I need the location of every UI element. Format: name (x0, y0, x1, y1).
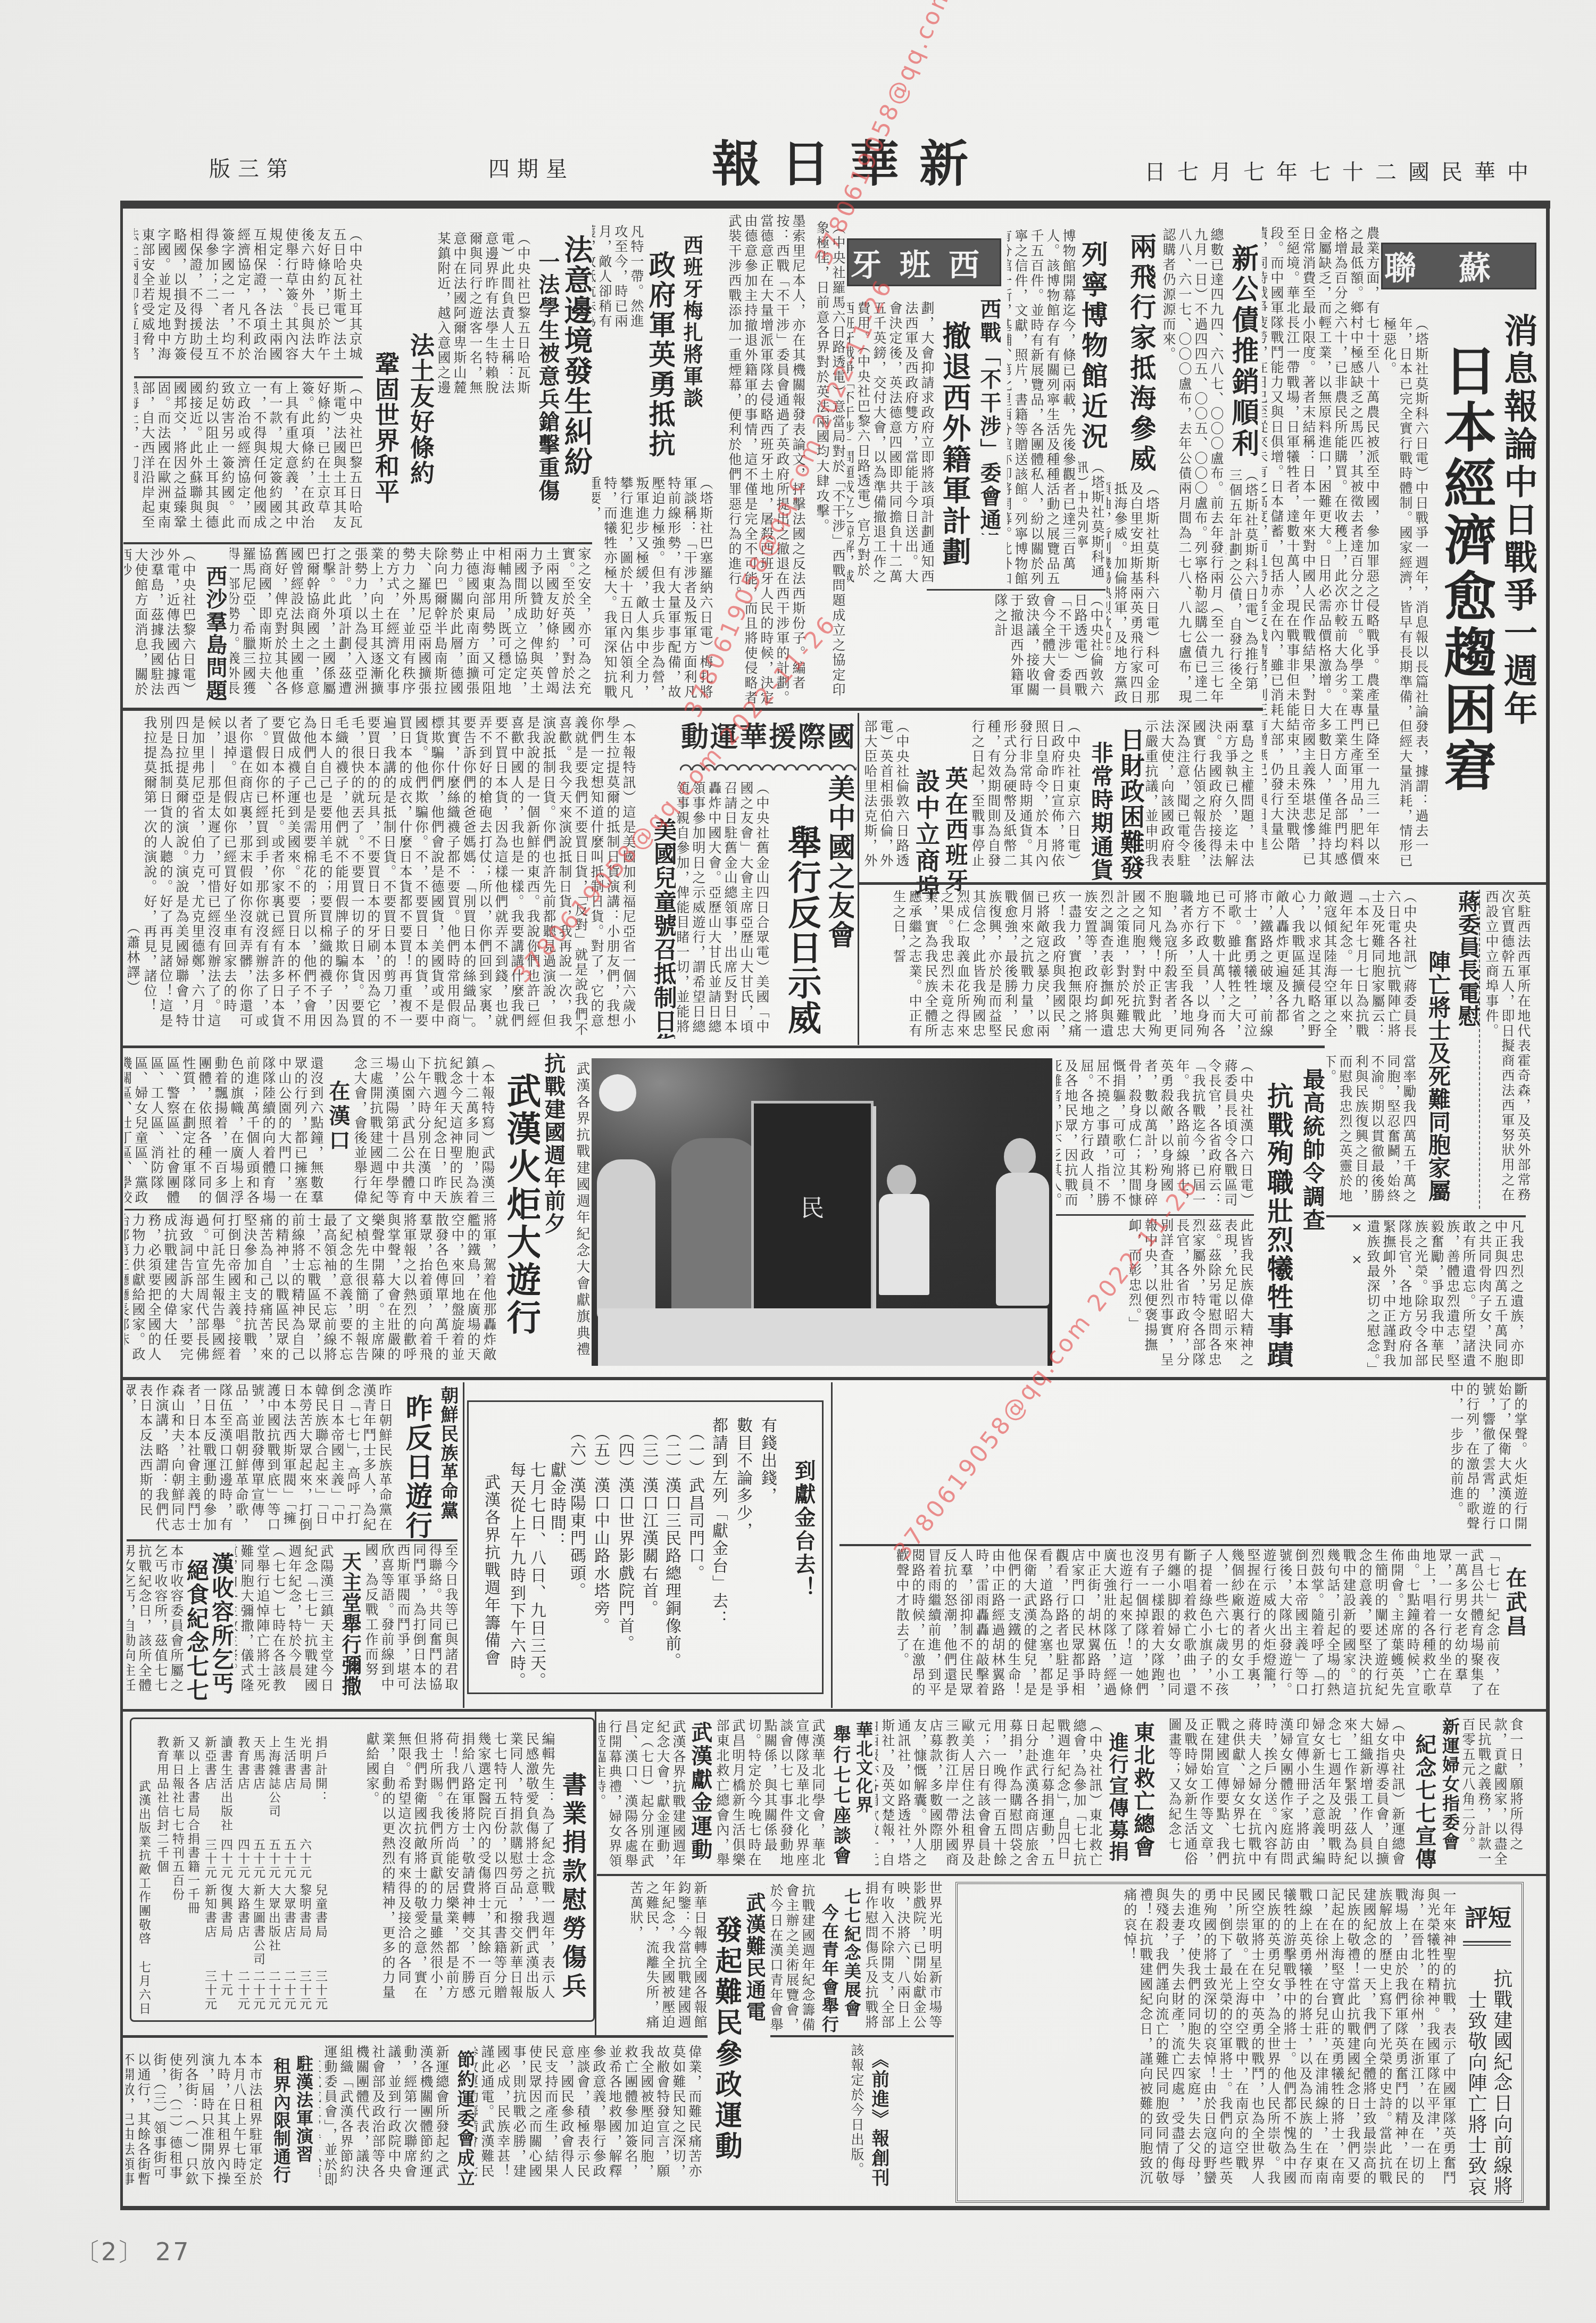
headline: 武漢獻金運動 (687, 1721, 712, 1868)
article-body: 武漢各界抗戰建國週年紀念大會，獻金運動，定（七日）起分別在武昌、漢口、漢陽各處舉… (598, 1720, 686, 1870)
headline: 駐漢法軍演習 (294, 2055, 313, 2167)
donor-name: 兒童書局 (312, 1884, 328, 1969)
headline-sub: 舉行七七座談會 (828, 1725, 850, 1869)
donor-amount: 五十元 (250, 1838, 265, 1883)
headline: 美中國之友會 (822, 774, 854, 952)
subheadline: 在漢口 (326, 1080, 350, 1155)
headline-main: 舉行反日示威 (771, 825, 820, 1038)
headline: 華北文化界 (850, 1721, 872, 1817)
headline: 英在西班牙 (941, 766, 967, 899)
donor-amount: 二十元 (265, 1970, 281, 2014)
article-body: （中央社舊金山四日合眾電）美國「中國之友會」大會主席亞歷山大甘氏，頃召請日駐舊金… (677, 781, 770, 1043)
donor-name: 新亞書店 (201, 1736, 217, 1837)
column-rule (839, 1544, 1531, 1546)
article-body: （中央社訊）新運總會婦女指導委員會，自擴大組織新增工作人員以來，工作緊張，茲為紀… (1169, 1718, 1406, 1872)
article-body: （中央社漢口六日電）蔣委員長頃令各戰區司令長官，各省政府云：「我抗戰迄今，已屆一… (1056, 1059, 1254, 1211)
article-body: （塔斯社巴塞羅納六日電）梅扎將軍談稱：「干涉者及叛軍方面利凡特前線形勢，有大量軍… (592, 476, 713, 706)
headline-main: 昨反日遊行 (396, 1394, 431, 1543)
article-body: 新運總會所發起之武漢各機關團體節約運動，經第一次聯席會議，並到行政院中央社會部及… (319, 2045, 450, 2191)
platform-item-3: （三）漢口江漢關右首。 (637, 1424, 658, 1690)
photo-caption: 武漢各界抗戰建國週年紀念大會獻旗典禮 (572, 1061, 590, 1359)
article-body: （本報特訊）這是美國加利福尼亞省一個六歲小學生拉提莫爾的抵制日貨演講：小朋友們，… (139, 716, 636, 1042)
page-border-bottom (120, 2206, 1550, 2210)
donor-amount: 二十元 (280, 1970, 296, 2014)
headline: 武漢難民通電 (743, 1892, 765, 2028)
notice-line: 都請到左列「獻金台」去： (706, 1417, 728, 1683)
donation-hours: 每天從上午九時到下午六時。 (504, 1462, 526, 1691)
article-body: 凡特一帶。然進攻至今，時已兩月，敵人卻稍有獲，故抵抗殊為英勇。」 (592, 225, 644, 343)
column-rule (124, 1209, 497, 1210)
headline: 法土友好條約 (400, 333, 434, 487)
article-continuation: 世界光明明星新市場等影戲院，已開始獻金公映，決將六、八兩日上有收入不除開支，全部… (863, 1881, 943, 2032)
headline-main: 日本經濟愈趨困窘 (1431, 343, 1495, 801)
headline: 消息報論中日戰爭一週年 (1498, 313, 1536, 733)
donor-amount: 二十元 (234, 1970, 250, 2014)
newspaper-page: 第三版 星期四 新華日報 中華民國二十七年七月七日 蘇聯 消息報論中日戰爭一週年… (0, 0, 1596, 2323)
article-body: （本報特寫）武陽漢三鎮十二萬多同胞，為着紀念今天這神聖的民族抗戰週年紀念日，昨天… (351, 1056, 495, 1207)
photo-banner: 民 (751, 1101, 874, 1311)
article-body: 當率勵我四萬五千萬之同胞，堅忍奮鬭，始終不渝。期以貫徹最後勝利與民族復興之目的，… (1326, 1055, 1417, 1211)
donor-name: 大眾書店 (280, 1884, 296, 1969)
donor-amount: 六十元 (296, 1838, 312, 1883)
article-body: 武陽漢三鎮天主堂今日紀念「七七」抗戰建國週年紀念，特於今晨（七七）七時在各該教堂… (235, 1544, 334, 1706)
headline: 《前進》報創刊 (866, 2050, 888, 2188)
news-photo: 民 (592, 1058, 1052, 1366)
donor-name: 大路書店 (234, 1884, 250, 1969)
platform-item-2: （二）漢口三民路總理銅像前。 (660, 1424, 681, 1690)
commentary-label-underline (1463, 1945, 1511, 1946)
photo-table-cloth (598, 1308, 1048, 1366)
watermark: 3780619058@qq.com 2022-11-26 (810, 0, 1029, 269)
headline: 新運婦女指委會 (1439, 1718, 1459, 1854)
article-body: （塔斯社莫斯科六日電）中日戰爭一週年，消息報以長篇社論發表，據謂：過去一年，日本… (1383, 317, 1429, 880)
article-dateline: （塔斯社莫斯科通訊）中央列寧 (1078, 460, 1105, 588)
headline-main: 武漢火炬大遊行 (497, 1073, 540, 1339)
headline: 抗戰建國週年前夕 (538, 1052, 565, 1236)
row-rule (121, 1046, 1325, 1048)
donor-amount: 三十元 (296, 1970, 312, 2014)
article-body: 將軍，駕着他那轟炸敵艦的鐵鳥，在廣場的天空中，來回地盤旋着並散發各色傳單，萬千的… (124, 1213, 497, 1373)
donor-name: 新生圖書公司 (250, 1884, 265, 1969)
section-label-spain: 西班牙 (847, 238, 1001, 286)
article-body: （中央社巴黎五日哈瓦斯電）法國與土耳其友好條約，已在土京草簽。此項條約，在政治上… (134, 381, 363, 538)
column-rule (123, 542, 592, 544)
banner-character: 民 (801, 1189, 824, 1223)
column-rule-vertical (595, 1711, 596, 2035)
headline: 最高統帥令調查 (1294, 1068, 1325, 1234)
platform-item-5: （五）漢口中山路水塔旁。 (588, 1424, 610, 1690)
headline-sub: 非常時期通貨 (1083, 741, 1113, 883)
scan-page-label: 〔2〕 27 (74, 2233, 190, 2268)
photo-person-left (597, 1159, 655, 1319)
article-body: 農業方面，有七十至八十萬農民被派至中國，參加罪惡之侵略戰爭。農產量已降至一九三一… (1262, 226, 1380, 881)
headline-main: 抗戰殉職壯烈犧牲事蹟 (1260, 1082, 1293, 1372)
headline-sub: 今在青年會舉行 (817, 1904, 838, 2037)
headline: 蔣委員長電慰 (1453, 890, 1480, 1030)
letter-title: 書業捐款慰勞傷兵 (559, 1772, 586, 2011)
headline-sub: 陣亡將士及死難同胞家屬 (1419, 950, 1450, 1208)
headline-sub: 進行宣傳募捐 (1104, 1732, 1128, 1865)
donor-name: 復興書局 (217, 1884, 233, 1969)
headline: 漢收容所乞丐 (208, 1552, 234, 1698)
article-continuation: 食一日，願將所得之款，貢獻國家，以盡全民抗戰之義務，計款一百零五元八角二分。 (1462, 1718, 1524, 1872)
platform-item-1: （一）武昌司門口。 (683, 1424, 704, 1690)
notice-signature: 武漢各界抗戰週年籌備會 (479, 1474, 500, 1687)
donor-amount: 五十元 (280, 1838, 296, 1883)
column-rule (770, 2035, 954, 2037)
article-body: （塔斯社莫斯科六日電）科可金那及白里安坦斯基兩英勇飛行家四日抵海參威。加倫將軍，… (1107, 482, 1160, 705)
headline: 天主堂舉行彌撒 (336, 1551, 361, 1703)
photo-person-dark (671, 1138, 762, 1319)
donor-name: 天馬書店 (250, 1736, 265, 1837)
article-body: （中央社東京六日電）日政府昨日宣佈，將依照日皇命令，於本月內發行非常時期通貨。其… (969, 719, 1081, 880)
article-body: 「七七」紀念前夜，在武昌公共體育場聚集了一萬多男女老幼的羣眾，一行一行的坐在草地… (841, 1548, 1500, 1707)
article-body: 家之安全，亦可為之充實。至於英國，對於法土兩國友好條約，曾竭力予以贊助，俾與英土… (230, 547, 592, 706)
weekday-label: 星期四 (484, 159, 575, 180)
article-body: 凡我忠烈之遺族，亦即中正與四萬五千萬同胞之共同骨肉子女，決不敢有所遺忘。所望諸遺… (1333, 1219, 1524, 1374)
article-body: 武漢華北同學會，華北宣傳隊及華北文化界座談會以七七事件發動地點關係，與其關係最切… (714, 1719, 826, 1870)
letter-date: 七月六日 (135, 1961, 151, 2019)
article-body: （塔斯社莫斯科六日電）為推行第三個五年計劃之公債，自發行後全國各處踴躍認購， (1226, 468, 1259, 706)
donor-amount: 三十元 (201, 1970, 217, 2014)
donor-name: 讀書生活出版社 (217, 1736, 233, 1837)
column-rule-vertical (463, 1382, 464, 1708)
article-body: （中央社巴黎五日哈瓦斯電）此間負責人士稱：法意邊界昨有法學生特賴脫爾與同行之遊客… (437, 231, 531, 403)
headline: 節約運委會成立 (453, 2050, 474, 2191)
section-label-soviet: 蘇聯 (1381, 243, 1536, 289)
article-body: 本市法租界駐軍定於本月八日上午七時至九時，在其租界內操演，屆時只准開放下列各街：… (126, 2053, 263, 2192)
headline: 東北救亡總會 (1129, 1721, 1154, 1861)
donor-name: 生活書店 (280, 1736, 296, 1837)
column-rule (127, 1539, 458, 1541)
headline: 七七紀念美展會 (838, 1888, 861, 2021)
donor-name: 新知書店 (201, 1884, 217, 1969)
photo-person-right-head (1004, 1138, 1036, 1175)
article-dateline: （中央社倫敦六日路透電）西戰「不干涉」委員會今全體大會一致決議，接收關于撤退西外… (928, 593, 1104, 706)
headline: 法意邊境發生糾紛 (560, 235, 592, 479)
donation-note: 新華日報社七七特刊五百份 (169, 1736, 185, 2012)
column-rule (120, 2035, 708, 2038)
letter-body: 編輯先生：為了紀念抗戰一週年，表示人民感激敬愛負傷將士之意，我們武漢出版業同人，… (330, 1732, 555, 2014)
article-body: （中央社倫敦六日路透電）英首相張伯倫，外部大臣哈里法克斯，外部次官巴特拉， (861, 719, 910, 880)
donation-hours-label: 獻金時間： (545, 1462, 566, 1690)
headline-sub: 一法學生被意兵鎗擊重傷 (533, 251, 559, 507)
photo-flagpole (872, 1106, 876, 1340)
edition-label: 第三版 (205, 159, 295, 180)
notice-line: 數目不論多少， (731, 1417, 752, 1683)
issue-date: 中華民國二十七年七月七日 (1136, 162, 1540, 183)
article-body: 偉業，而難民痛苦亦莫如難民知之深切，故敝會特發宣言，願我全國被壓迫同胞，救亡團體… (475, 2045, 702, 2191)
donation-note: 教育用品社信封二千個 (153, 1736, 169, 2012)
article-body: 新華日報轉全國各報館鈞鑒：今當抗戰建國週年紀念，我全國被壓迫之難民，流離失所，痛… (598, 1881, 708, 2032)
headline-sub: 鞏固世界和平 (365, 351, 399, 505)
donation-days: 七月七日、八日、九日三天。 (525, 1462, 546, 1691)
donor-name: 教育書店 (234, 1736, 250, 1837)
donor-name: 大眾出版社 (265, 1884, 281, 1969)
page-border-left (120, 208, 123, 2209)
article-body: 該報定於今日出版。 (771, 2043, 864, 2192)
article-body: （中央社訊）東北救亡總會，為參加「七七抗戰週年紀念」，自四日起，進行募捐運動，五… (875, 1719, 1103, 1870)
notice-line: 有錢出錢， (755, 1417, 777, 1683)
headline: 西班牙梅扎將軍談 (675, 235, 702, 411)
donor-name: 光明書局 (296, 1736, 312, 1837)
headline: 新公債推銷順利 (1227, 244, 1258, 463)
headline: 朝鮮民族革命黨 (432, 1386, 458, 1523)
headline-main: 紀念七七宣傳 (1407, 1733, 1436, 1873)
headline: 西戰「不干涉」委會通過 (975, 298, 1001, 535)
donor-amount: 二十元 (250, 1970, 265, 2014)
article-body: （中央社訊）蔣委員長六日電各地抗戰陣亡將士及死難同胞家屬云：「本年七月七日為抗戰… (864, 890, 1417, 1044)
headline: 日財政困難發 (1113, 727, 1144, 882)
translator-credit: （蕭林譯） (124, 920, 140, 1027)
article-continuation: 羣島之主權問題，中法兩方爭執已久，迄未解決。我國政府於接得法國實行佔領之報告後，… (1145, 719, 1254, 880)
headline-sub: 絕食紀念七七 (185, 1559, 209, 1705)
photo-child-head (887, 1165, 916, 1197)
notice-title: 到獻金台去！ (788, 1459, 815, 1619)
donor-amount: 四十元 (234, 1838, 250, 1883)
section-label-commentary: 短評 (1460, 1907, 1511, 1930)
article-body: 博物館開幕迄今，條已兩載，先後參觀者已達三百萬人。該博物館存有有關列寧生活及種種… (1007, 229, 1076, 586)
donor-name: 上海雜誌公司 (265, 1736, 281, 1837)
article-body: 本市收容委員會所屬之乞丐收容所，茲值七七抗戰紀念日，該所全體男女乞丐，自動向主任… (127, 1544, 184, 1706)
article-continuation: 至今日我等已與諸君取得聯絡。共同奮鬥的協同鬥爭，為打倒日本法西斯軍閥而鬥爭，堪可… (362, 1543, 459, 1706)
column-rule (927, 589, 1105, 591)
donation-note: 又以上各書局合捐書籍一千冊 (184, 1736, 200, 2012)
headline: 西沙羣島問題 (198, 565, 227, 703)
column-rule (134, 376, 363, 378)
column-rule-vertical (831, 1382, 833, 1708)
donor-name: 黎明書局 (296, 1884, 312, 1969)
commentary-title: 士致敬向陣亡將士致哀 (1464, 1990, 1486, 2200)
column-rule (859, 882, 1547, 885)
article-continuation: 英駐西法西軍所在地代表霍奇森，及英外部常務次官賈德幹五人，即日擬商西法西軍努狀用… (1482, 890, 1531, 1209)
donor-amount: 四十元 (217, 1838, 233, 1883)
article-body: 抗戰建國週年紀念籌備會主辦之美術展覽會，於今日在漢口青年會舉行。陳列作品共計百餘… (767, 1884, 816, 2034)
article-body: 總數已達四九四、六八七、〇〇〇盧布。前去年發行兩月（至一九三七年九月一日）不過四… (1162, 228, 1224, 706)
donor-amount: 三十元 (201, 1838, 217, 1883)
article-body: 昨日朝鮮民族革命黨在漢青年鬥士多人，為紀念「七七」，高呼「打倒日本帝國主義」「中… (127, 1383, 393, 1538)
letter-signature: 武漢出版業抗敵工作團敬啓 (135, 1780, 151, 1955)
platform-item-4: （四）漢口世界影戲院門首。 (613, 1424, 634, 1690)
donor-amount: 五十元 (265, 1838, 281, 1883)
column-rule (597, 1874, 1547, 1876)
column-rule (1326, 1215, 1526, 1217)
commentary-body: 一年來神聖的抗戰，表示了中國軍隊英勇奮鬥與光榮犧牲的精神。我國軍隊在平津，在上海… (962, 1888, 1457, 2199)
headline-main: 租界內限制通行 (265, 2057, 290, 2187)
page-border-right (1546, 208, 1550, 2209)
column-rule-vertical (858, 713, 859, 1045)
headline-main: 撤退西外籍軍計劃 (936, 321, 970, 571)
headline: 列寧博物館近況 (1078, 240, 1107, 454)
platform-item-6: （六）漢陽東門碼頭。 (564, 1424, 586, 1690)
commentary-title: 抗戰建國紀念日向前線將 (1490, 1969, 1512, 2200)
photo-person-right (996, 1173, 1049, 1306)
commentary-label-underline (1463, 1941, 1511, 1943)
row-rule (121, 1377, 1547, 1380)
headline: 兩飛行家抵海參威 (1127, 233, 1156, 477)
article-body: （中央社巴黎六日電）外電，近傳法國佔據西沙羣島，茲據我國駐法大使館方面消息，關於… (124, 548, 196, 706)
article-body: （中央社土耳其京城五日哈瓦斯電）法土友好條約，已於昨午後六時由外長與法大使舉行草… (134, 228, 363, 375)
donors-heading: 捐戶計開： (312, 1736, 328, 1837)
headline-main: 發起難民參政運動 (709, 1915, 741, 2168)
subheadline: 在武昌 (1503, 1567, 1526, 1641)
article-body: 還沒到六點鐘，無數羣眾的行列，都已擁塞在中山公園的大門口，一隊隊陸續的向着體育場… (124, 1056, 324, 1207)
donor-amount: 十元 (217, 1970, 233, 2014)
photo-child-uniform (879, 1194, 929, 1295)
row-rule (121, 1709, 1547, 1712)
photo-light-spot (599, 1074, 636, 1111)
donor-amount: 三十元 (312, 1970, 328, 2014)
headline-main: 政府軍英勇抵抗 (645, 251, 675, 461)
